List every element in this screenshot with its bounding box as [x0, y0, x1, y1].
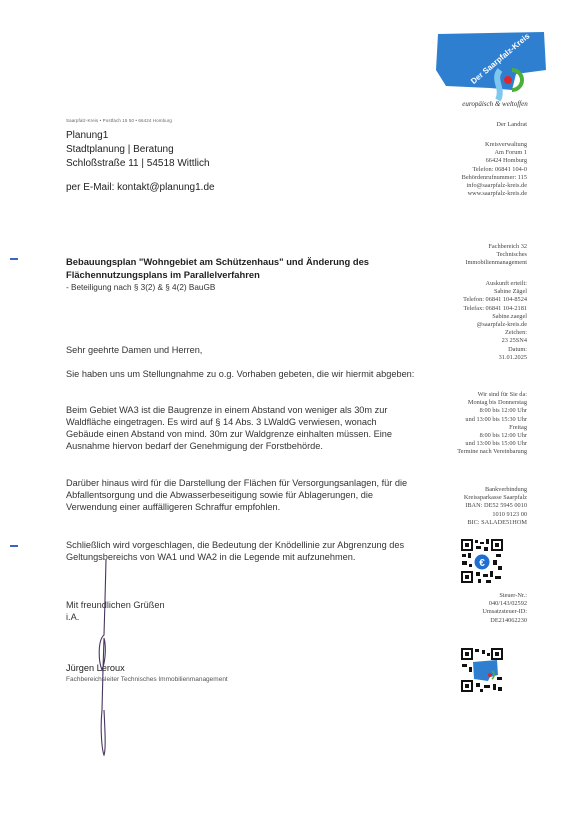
reference-label: Zeichen: — [463, 329, 527, 337]
body-paragraph: Sie haben uns um Stellungnahme zu o.g. V… — [66, 369, 416, 381]
contact-label: Auskunft erteilt: — [463, 280, 527, 288]
tax-line: DE214062230 — [482, 617, 527, 625]
landrat-label: Der Landrat — [496, 121, 527, 129]
contact-email[interactable]: @saarpfalz-kreis.de — [463, 321, 527, 329]
department: Fachbereich 32 Technisches Immobilienman… — [465, 243, 527, 268]
address-line: Am Forum 1 — [462, 149, 527, 157]
hours-line: Wir sind für Sie da: — [457, 391, 527, 399]
date-label: Datum: — [463, 346, 527, 354]
date-value: 31.01.2025 — [463, 354, 527, 362]
reference-value: 23 25SN4 — [463, 337, 527, 345]
salutation: Sehr geehrte Damen und Herren, — [66, 345, 416, 357]
hours-line: Montag bis Donnerstag — [457, 399, 527, 407]
bank-line: Bankverbindung — [464, 486, 527, 494]
address-line: Kreisverwaltung — [462, 141, 527, 149]
phone-line: Telefon: 06841 104-0 — [462, 166, 527, 174]
signature-icon — [92, 560, 116, 760]
recipient-line: Schloßstraße 11 | 54518 Wittlich — [66, 157, 210, 171]
tax-line: 040/143/02592 — [482, 600, 527, 608]
recipient-line: Planung1 — [66, 129, 210, 143]
iban-line: IBAN: DE52 5945 0010 — [464, 502, 527, 510]
body-paragraph: Darüber hinaus wird für die Darstellung … — [66, 478, 416, 514]
office-address: Kreisverwaltung Am Forum 1 66424 Homburg… — [462, 141, 527, 198]
logo-icon: Der Saarpfalz-Kreis — [432, 30, 550, 102]
hours-line: und 13:00 bis 15:30 Uhr — [457, 416, 527, 424]
office-hours: Wir sind für Sie da: Montag bis Donnerst… — [457, 391, 527, 457]
contact-phone: Telefon: 06841 104-8524 — [463, 296, 527, 304]
qr-code-icon — [460, 647, 504, 693]
department-line: Technisches — [465, 251, 527, 259]
address-line: 66424 Homburg — [462, 157, 527, 165]
contact-email[interactable]: Sabine.zaegel — [463, 313, 527, 321]
hours-line: Freitag — [457, 424, 527, 432]
recipient-address: Planung1 Stadtplanung | Beratung Schloßs… — [66, 129, 210, 171]
logo-tagline: europäisch & weltoffen — [440, 100, 550, 108]
hours-line: und 13:00 bis 15:00 Uhr — [457, 440, 527, 448]
closing: Mit freundlichen Grüßen i.A. — [66, 600, 416, 624]
bic-line: BIC: SALADE51HOM — [464, 519, 527, 527]
svg-text:€: € — [479, 558, 485, 569]
body-paragraph: Schließlich wird vorgeschlagen, die Bede… — [66, 540, 416, 564]
fold-mark — [10, 258, 18, 260]
sender-line: Saarpfalz-Kreis • Postfach 15 50 • 66424… — [66, 118, 172, 123]
recipient-line: Stadtplanung | Beratung — [66, 143, 210, 157]
contact-name: Sabine Zägel — [463, 288, 527, 296]
email-line: per E-Mail: kontakt@planung1.de — [66, 182, 215, 193]
website-qr-code[interactable] — [460, 647, 504, 693]
body-paragraph: Beim Gebiet WA3 ist die Baugrenze in ein… — [66, 405, 416, 453]
bank-details: Bankverbindung Kreissparkasse Saarpfalz … — [464, 486, 527, 527]
closing-greeting: Mit freundlichen Grüßen — [66, 600, 416, 612]
fold-mark — [10, 545, 18, 547]
hours-line: 8:00 bis 12:00 Uhr — [457, 407, 527, 415]
website-link[interactable]: www.saarpfalz-kreis.de — [462, 190, 527, 198]
department-line: Fachbereich 32 — [465, 243, 527, 251]
on-behalf-marker: i.A. — [66, 612, 416, 624]
bank-line: Kreissparkasse Saarpfalz — [464, 494, 527, 502]
tax-line: Umsatzsteuer-ID: — [482, 608, 527, 616]
payment-qr-code[interactable]: € — [460, 538, 504, 584]
email-link[interactable]: info@saarpfalz-kreis.de — [462, 182, 527, 190]
signer-title: Fachbereichsleiter Technisches Immobilie… — [66, 676, 228, 683]
contact-fax: Telefax: 06841 104-2181 — [463, 305, 527, 313]
hours-line: Termine nach Vereinbarung — [457, 448, 527, 456]
contact-info: Auskunft erteilt: Sabine Zägel Telefon: … — [463, 280, 527, 362]
tax-line: Steuer-Nr.: — [482, 592, 527, 600]
tax-details: Steuer-Nr.: 040/143/02592 Umsatzsteuer-I… — [482, 592, 527, 625]
subject-subtitle: - Beteiligung nach § 3(2) & § 4(2) BauGB — [66, 283, 215, 292]
authority-number: Behördenrufnummer: 115 — [462, 174, 527, 182]
iban-line: 1010 9123 00 — [464, 511, 527, 519]
hours-line: 8:00 bis 12:00 Uhr — [457, 432, 527, 440]
handwritten-signature — [92, 560, 116, 760]
subject-title: Bebauungsplan "Wohngebiet am Schützenhau… — [66, 255, 426, 281]
department-line: Immobilienmanagement — [465, 259, 527, 267]
qr-code-icon: € — [460, 538, 504, 584]
